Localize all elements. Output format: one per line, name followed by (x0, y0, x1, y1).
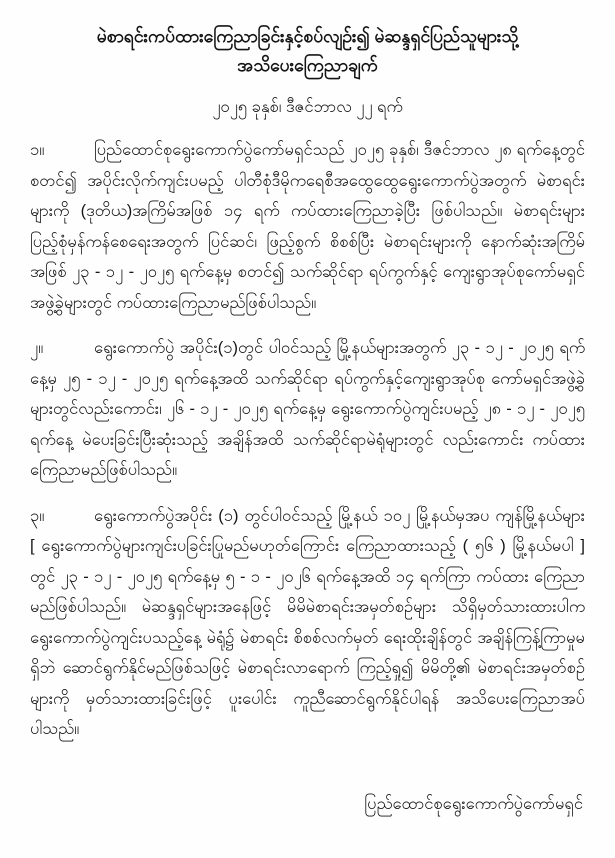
paragraph-3-text: ရွေးကောက်ပွဲအပိုင်း (၁) တွင်ပါဝင်သည့် မြ… (30, 507, 585, 739)
page-title-line-1: မဲစာရင်းကပ်ထားကြေညာခြင်းနှင့်စပ်လျဉ်း၍ မ… (80, 22, 535, 51)
signature-block: ပြည်ထောင်စုရွေးကောက်ပွဲကော်မရှင် (30, 791, 585, 817)
document-date: ၂၀၂၅ ခုနှစ်၊ ဒီဇင်ဘာလ ၂၂ ရက် (30, 94, 585, 120)
paragraph-2-number: ၂။ (30, 333, 94, 364)
paragraph-3: ၃။ရွေးကောက်ပွဲအပိုင်း (၁) တွင်ပါဝင်သည့် … (30, 501, 585, 745)
paragraph-1-text: ပြည်ထောင်စုရွေးကောက်ပွဲကော်မရှင်သည် ၂၀၂၅… (30, 141, 585, 312)
page-title-line-2: အသိပေးကြေညာချက် (80, 51, 535, 80)
paragraph-2-text: ရွေးကောက်ပွဲ အပိုင်း(၁)တွင် ပါဝင်သည့် မြ… (30, 339, 585, 479)
paragraph-1-number: ၁။ (30, 135, 94, 166)
paragraph-2: ၂။ရွေးကောက်ပွဲ အပိုင်း(၁)တွင် ပါဝင်သည့် … (30, 333, 585, 486)
announcement-page: မဲစာရင်းကပ်ထားကြေညာခြင်းနှင့်စပ်လျဉ်း၍ မ… (0, 0, 615, 858)
paragraph-3-number: ၃။ (30, 501, 94, 532)
paragraph-1: ၁။ပြည်ထောင်စုရွေးကောက်ပွဲကော်မရှင်သည် ၂၀… (30, 135, 585, 318)
page-title: မဲစာရင်းကပ်ထားကြေညာခြင်းနှင့်စပ်လျဉ်း၍ မ… (30, 22, 585, 80)
